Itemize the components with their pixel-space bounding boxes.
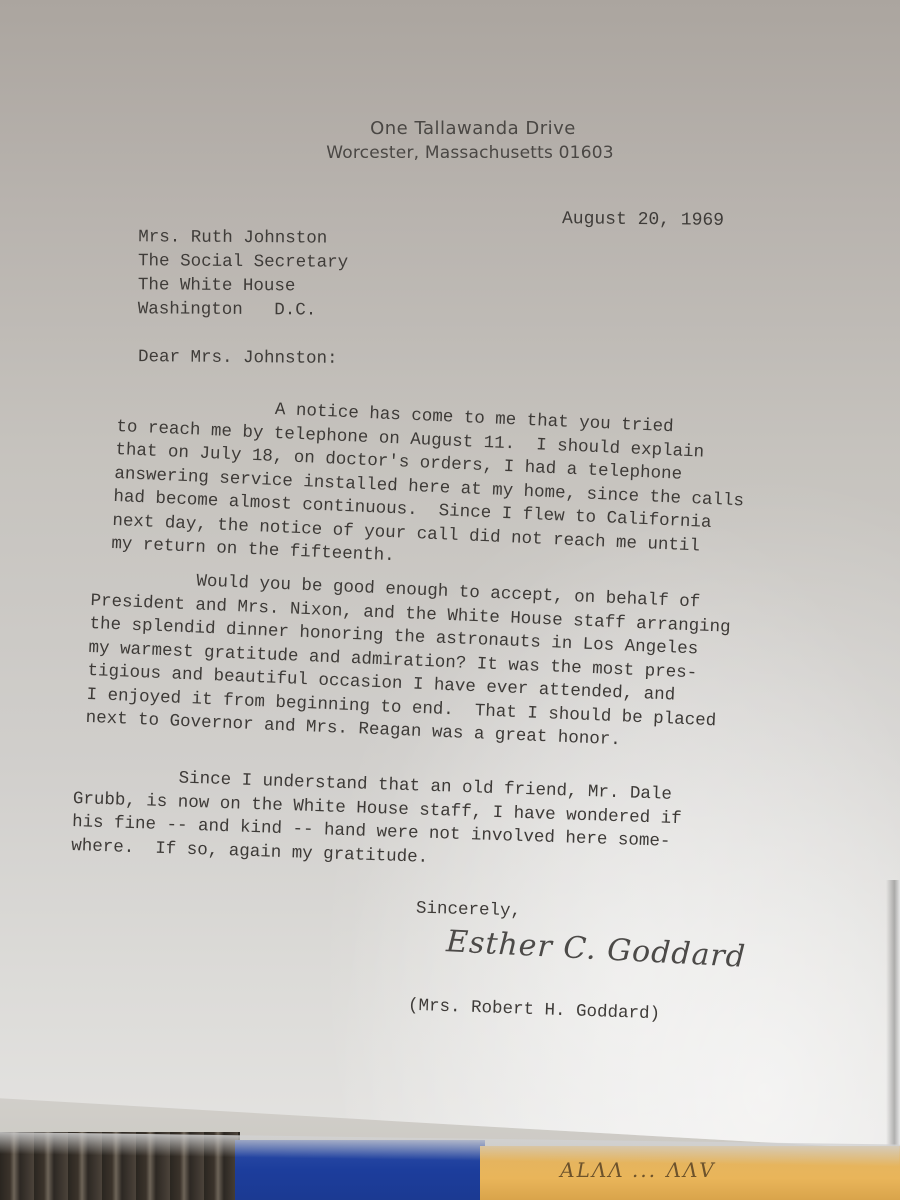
- letterhead-city: Worcester, Massachusetts 01603: [300, 143, 640, 163]
- letterhead-street: One Tallawanda Drive: [306, 118, 640, 139]
- typed-signature-name: (Mrs. Robert H. Goddard): [408, 994, 661, 1027]
- recipient-name: Mrs. Ruth Johnston: [138, 227, 327, 248]
- letterhead: One Tallawanda Drive Worcester, Massachu…: [300, 118, 640, 163]
- recipient-city: Washington D.C.: [138, 299, 317, 320]
- letter-date: August 20, 1969: [562, 207, 724, 233]
- recipient-address: Mrs. Ruth Johnston The Social Secretary …: [138, 225, 349, 322]
- body-paragraph-3: Since I understand that an old friend, M…: [71, 764, 683, 878]
- body-paragraph-1: A notice has come to me that you tried t…: [111, 392, 748, 584]
- recipient-title: The Social Secretary: [138, 251, 348, 272]
- recipient-org: The White House: [138, 275, 296, 296]
- body-paragraph-2: Would you be good enough to accept, on b…: [85, 566, 732, 757]
- handwritten-signature: Esther C. Goddard: [445, 924, 747, 975]
- salutation: Dear Mrs. Johnston:: [138, 345, 338, 371]
- letter: One Tallawanda Drive Worcester, Massachu…: [0, 0, 900, 1150]
- closing: Sincerely,: [416, 897, 522, 924]
